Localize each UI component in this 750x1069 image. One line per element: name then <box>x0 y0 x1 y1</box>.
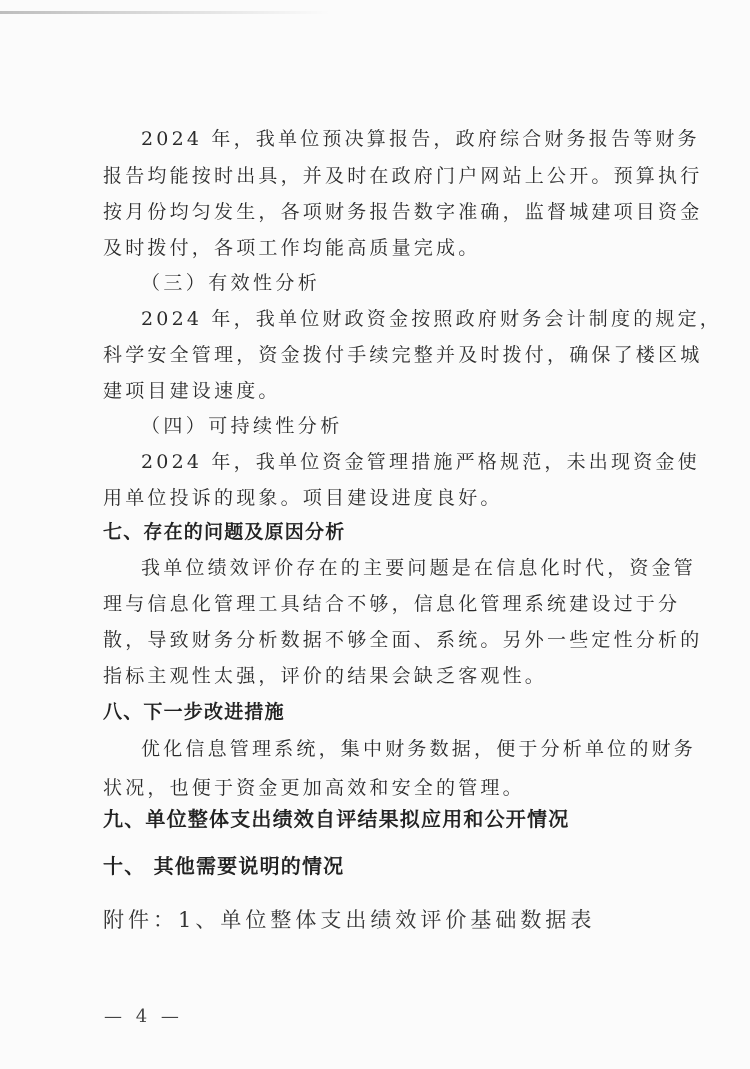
paragraph-line: 散，导致财务分析数据不够全面、系统。另外一些定性分析的 <box>103 627 663 653</box>
section-heading-7: 七、存在的问题及原因分析 <box>103 519 345 545</box>
paragraph-line: 按月份均匀发生，各项财务报告数字准确，监督城建项目资金 <box>103 199 663 225</box>
paragraph-line: 优化信息管理系统，集中财务数据，便于分析单位的财务 <box>141 736 701 762</box>
paragraph-line: 理与信息化管理工具结合不够，信息化管理系统建设过于分 <box>103 591 663 617</box>
paragraph-line: 科学安全管理，资金拨付手续完整并及时拨付，确保了楼区城 <box>103 342 663 368</box>
paragraph-line: 指标主观性太强，评价的结果会缺乏客观性。 <box>103 663 663 689</box>
paragraph-line: 2024 年，我单位预决算报告，政府综合财务报告等财务 <box>141 126 701 152</box>
paragraph-line: 2024 年，我单位财政资金按照政府财务会计制度的规定， <box>141 306 701 332</box>
paragraph-line: 2024 年，我单位资金管理措施严格规范，未出现资金使 <box>141 449 701 475</box>
paragraph-line: 状况，也便于资金更加高效和安全的管理。 <box>103 775 663 801</box>
subsection-title-effectiveness: （三）有效性分析 <box>141 270 701 296</box>
page-number: — 4 — <box>104 1006 183 1027</box>
paragraph-line: 建项目建设速度。 <box>103 378 663 404</box>
paragraph-line: 我单位绩效评价存在的主要问题是在信息化时代，资金管 <box>141 555 701 581</box>
paragraph-line: 用单位投诉的现象。项目建设进度良好。 <box>103 485 663 511</box>
subsection-title-sustainability: （四）可持续性分析 <box>141 413 701 439</box>
paragraph-line: 报告均能按时出具，并及时在政府门户网站上公开。预算执行 <box>103 163 663 189</box>
section-heading-9: 九、单位整体支出绩效自评结果拟应用和公开情况 <box>103 806 569 832</box>
scan-edge <box>0 11 330 14</box>
section-heading-8: 八、下一步改进措施 <box>103 699 285 725</box>
attachment-note: 附件：1、单位整体支出绩效评价基础数据表 <box>103 906 595 934</box>
paragraph-line: 及时拨付，各项工作均能高质量完成。 <box>103 235 663 261</box>
section-heading-10: 十、 其他需要说明的情况 <box>103 853 344 879</box>
